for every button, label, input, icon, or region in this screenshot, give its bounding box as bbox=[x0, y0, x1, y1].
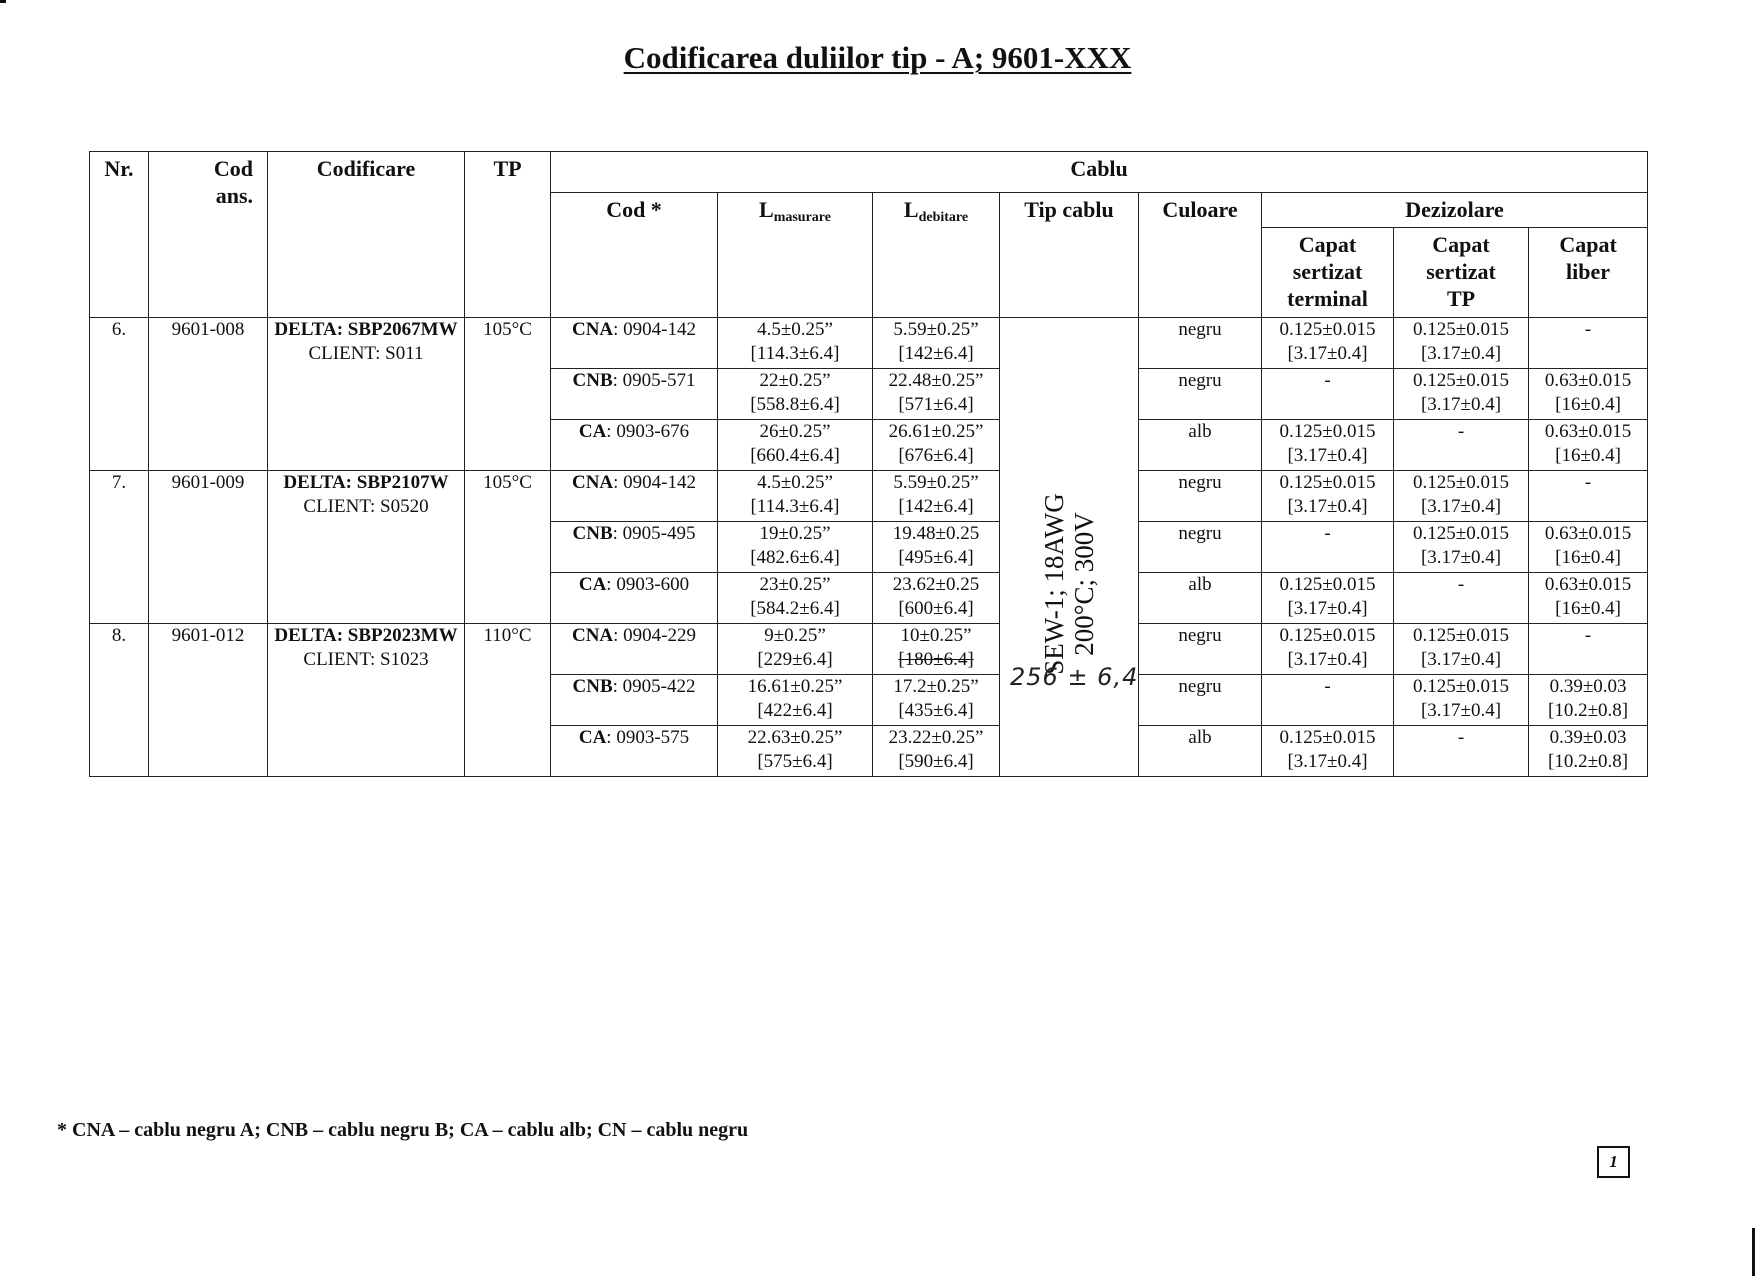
header-tip-cablu: Tip cablu bbox=[1000, 193, 1139, 318]
cell-cod: CNA: 0904-142 bbox=[551, 318, 718, 369]
cell-nr: 7. bbox=[90, 471, 149, 624]
header-dezizolare: Dezizolare bbox=[1262, 193, 1648, 228]
cell-l-masurare: 23±0.25”[584.2±6.4] bbox=[718, 573, 873, 624]
cell-nr: 8. bbox=[90, 624, 149, 777]
cell-cod: CA: 0903-575 bbox=[551, 726, 718, 777]
cell-l-debitare: 26.61±0.25”[676±6.4] bbox=[873, 420, 1000, 471]
header-capat-sertizat-terminal: Capatsertizatterminal bbox=[1262, 228, 1394, 318]
cell-culoare: negru bbox=[1139, 624, 1262, 675]
tip-cablu-value: SEW-1; 18AWG200°C; 300V bbox=[1039, 493, 1099, 675]
cell-culoare: negru bbox=[1139, 471, 1262, 522]
cell-culoare: negru bbox=[1139, 369, 1262, 420]
table-row: 7.9601-009DELTA: SBP2107WCLIENT: S052010… bbox=[90, 471, 1648, 522]
cell-capat-sertizat-tp: - bbox=[1394, 573, 1529, 624]
cell-cod: CNA: 0904-142 bbox=[551, 471, 718, 522]
cell-capat-sertizat-terminal: - bbox=[1262, 675, 1394, 726]
cell-l-debitare: 19.48±0.25[495±6.4] bbox=[873, 522, 1000, 573]
codificare-delta: DELTA: SBP2107W bbox=[268, 471, 464, 495]
header-l-debitare: Ldebitare bbox=[873, 193, 1000, 318]
header-l-masurare: Lmasurare bbox=[718, 193, 873, 318]
codificare-delta: DELTA: SBP2067MW bbox=[268, 318, 464, 342]
cell-cod-ans: 9601-009 bbox=[149, 471, 268, 624]
cell-capat-sertizat-terminal: 0.125±0.015[3.17±0.4] bbox=[1262, 624, 1394, 675]
cell-capat-sertizat-terminal: - bbox=[1262, 522, 1394, 573]
cell-capat-sertizat-terminal: 0.125±0.015[3.17±0.4] bbox=[1262, 573, 1394, 624]
cell-capat-liber: 0.63±0.015[16±0.4] bbox=[1529, 573, 1648, 624]
cell-capat-sertizat-terminal: 0.125±0.015[3.17±0.4] bbox=[1262, 471, 1394, 522]
cell-capat-liber: - bbox=[1529, 624, 1648, 675]
cell-culoare: negru bbox=[1139, 318, 1262, 369]
cell-l-debitare: 23.22±0.25”[590±6.4] bbox=[873, 726, 1000, 777]
cell-tp: 105°C bbox=[465, 318, 551, 471]
cell-cod: CNA: 0904-229 bbox=[551, 624, 718, 675]
cell-culoare: negru bbox=[1139, 522, 1262, 573]
cell-l-masurare: 16.61±0.25”[422±6.4] bbox=[718, 675, 873, 726]
codificare-client: CLIENT: S011 bbox=[268, 342, 464, 366]
cell-cod: CNB: 0905-422 bbox=[551, 675, 718, 726]
cell-capat-sertizat-terminal: 0.125±0.015[3.17±0.4] bbox=[1262, 726, 1394, 777]
cell-l-masurare: 22.63±0.25”[575±6.4] bbox=[718, 726, 873, 777]
cell-l-masurare: 22±0.25”[558.8±6.4] bbox=[718, 369, 873, 420]
cell-l-masurare: 4.5±0.25”[114.3±6.4] bbox=[718, 318, 873, 369]
cell-l-debitare: 5.59±0.25”[142±6.4] bbox=[873, 318, 1000, 369]
cell-capat-sertizat-tp: 0.125±0.015[3.17±0.4] bbox=[1394, 624, 1529, 675]
cell-capat-sertizat-tp: 0.125±0.015[3.17±0.4] bbox=[1394, 369, 1529, 420]
cell-capat-liber: 0.39±0.03[10.2±0.8] bbox=[1529, 726, 1648, 777]
cell-tp: 105°C bbox=[465, 471, 551, 624]
table-row: 8.9601-012DELTA: SBP2023MWCLIENT: S10231… bbox=[90, 624, 1648, 675]
footnote: * CNA – cablu negru A; CNB – cablu negru… bbox=[57, 1119, 748, 1142]
cell-l-debitare: 23.62±0.25[600±6.4] bbox=[873, 573, 1000, 624]
cell-capat-sertizat-terminal: 0.125±0.015[3.17±0.4] bbox=[1262, 420, 1394, 471]
table-body: 6.9601-008DELTA: SBP2067MWCLIENT: S01110… bbox=[90, 318, 1648, 777]
cell-culoare: alb bbox=[1139, 573, 1262, 624]
cell-cod-ans: 9601-012 bbox=[149, 624, 268, 777]
header-capat-sertizat-tp: CapatsertizatTP bbox=[1394, 228, 1529, 318]
cell-l-masurare: 19±0.25”[482.6±6.4] bbox=[718, 522, 873, 573]
header-culoare: Culoare bbox=[1139, 193, 1262, 318]
document-title-text: Codificarea duliilor tip - A; 9601-XXX bbox=[624, 40, 1132, 75]
cell-capat-sertizat-tp: 0.125±0.015[3.17±0.4] bbox=[1394, 675, 1529, 726]
cell-culoare: alb bbox=[1139, 726, 1262, 777]
header-cod: Cod * bbox=[551, 193, 718, 318]
cell-tp: 110°C bbox=[465, 624, 551, 777]
cell-l-debitare: 10±0.25”[180±6.4] bbox=[873, 624, 1000, 675]
cell-cod: CA: 0903-600 bbox=[551, 573, 718, 624]
cell-culoare: alb bbox=[1139, 420, 1262, 471]
cell-l-debitare: 5.59±0.25”[142±6.4] bbox=[873, 471, 1000, 522]
cell-l-masurare: 26±0.25”[660.4±6.4] bbox=[718, 420, 873, 471]
cell-capat-sertizat-tp: 0.125±0.015[3.17±0.4] bbox=[1394, 318, 1529, 369]
codificare-delta: DELTA: SBP2023MW bbox=[268, 624, 464, 648]
cell-l-masurare: 9±0.25”[229±6.4] bbox=[718, 624, 873, 675]
cell-l-debitare: 17.2±0.25”[435±6.4] bbox=[873, 675, 1000, 726]
cell-capat-liber: 0.39±0.03[10.2±0.8] bbox=[1529, 675, 1648, 726]
cell-codificare: DELTA: SBP2107WCLIENT: S0520 bbox=[268, 471, 465, 624]
table-row: 6.9601-008DELTA: SBP2067MWCLIENT: S01110… bbox=[90, 318, 1648, 369]
cell-capat-sertizat-terminal: 0.125±0.015[3.17±0.4] bbox=[1262, 318, 1394, 369]
cell-capat-sertizat-tp: - bbox=[1394, 420, 1529, 471]
page-number: 1 bbox=[1597, 1146, 1630, 1178]
cell-capat-liber: 0.63±0.015[16±0.4] bbox=[1529, 522, 1648, 573]
codificare-client: CLIENT: S1023 bbox=[268, 648, 464, 672]
document-title: Codificarea duliilor tip - A; 9601-XXX bbox=[0, 40, 1755, 76]
cell-l-masurare: 4.5±0.25”[114.3±6.4] bbox=[718, 471, 873, 522]
header-cod-ans: Codans. bbox=[149, 152, 268, 318]
cell-codificare: DELTA: SBP2067MWCLIENT: S011 bbox=[268, 318, 465, 471]
cable-coding-table: Nr. Codans. Codificare TP Cablu Cod * Lm… bbox=[89, 151, 1648, 777]
header-nr: Nr. bbox=[90, 152, 149, 318]
cell-capat-liber: - bbox=[1529, 471, 1648, 522]
cell-l-debitare: 22.48±0.25”[571±6.4] bbox=[873, 369, 1000, 420]
cell-capat-sertizat-tp: - bbox=[1394, 726, 1529, 777]
cell-codificare: DELTA: SBP2023MWCLIENT: S1023 bbox=[268, 624, 465, 777]
cell-cod-ans: 9601-008 bbox=[149, 318, 268, 471]
header-tp: TP bbox=[465, 152, 551, 318]
cell-nr: 6. bbox=[90, 318, 149, 471]
handwritten-correction: 256 ± 6,4 bbox=[1010, 663, 1138, 691]
cell-cod: CNB: 0905-571 bbox=[551, 369, 718, 420]
cell-culoare: negru bbox=[1139, 675, 1262, 726]
cell-cod: CNB: 0905-495 bbox=[551, 522, 718, 573]
cell-capat-liber: 0.63±0.015[16±0.4] bbox=[1529, 420, 1648, 471]
codificare-client: CLIENT: S0520 bbox=[268, 495, 464, 519]
cell-capat-sertizat-tp: 0.125±0.015[3.17±0.4] bbox=[1394, 471, 1529, 522]
header-capat-liber: Capatliber bbox=[1529, 228, 1648, 318]
header-cablu: Cablu bbox=[551, 152, 1648, 193]
cell-tip-cablu: SEW-1; 18AWG200°C; 300V bbox=[1000, 318, 1139, 777]
cell-cod: CA: 0903-676 bbox=[551, 420, 718, 471]
cell-capat-liber: - bbox=[1529, 318, 1648, 369]
cell-capat-sertizat-terminal: - bbox=[1262, 369, 1394, 420]
cell-capat-liber: 0.63±0.015[16±0.4] bbox=[1529, 369, 1648, 420]
header-codificare: Codificare bbox=[268, 152, 465, 318]
scan-corner-mark bbox=[0, 0, 6, 3]
cell-capat-sertizat-tp: 0.125±0.015[3.17±0.4] bbox=[1394, 522, 1529, 573]
